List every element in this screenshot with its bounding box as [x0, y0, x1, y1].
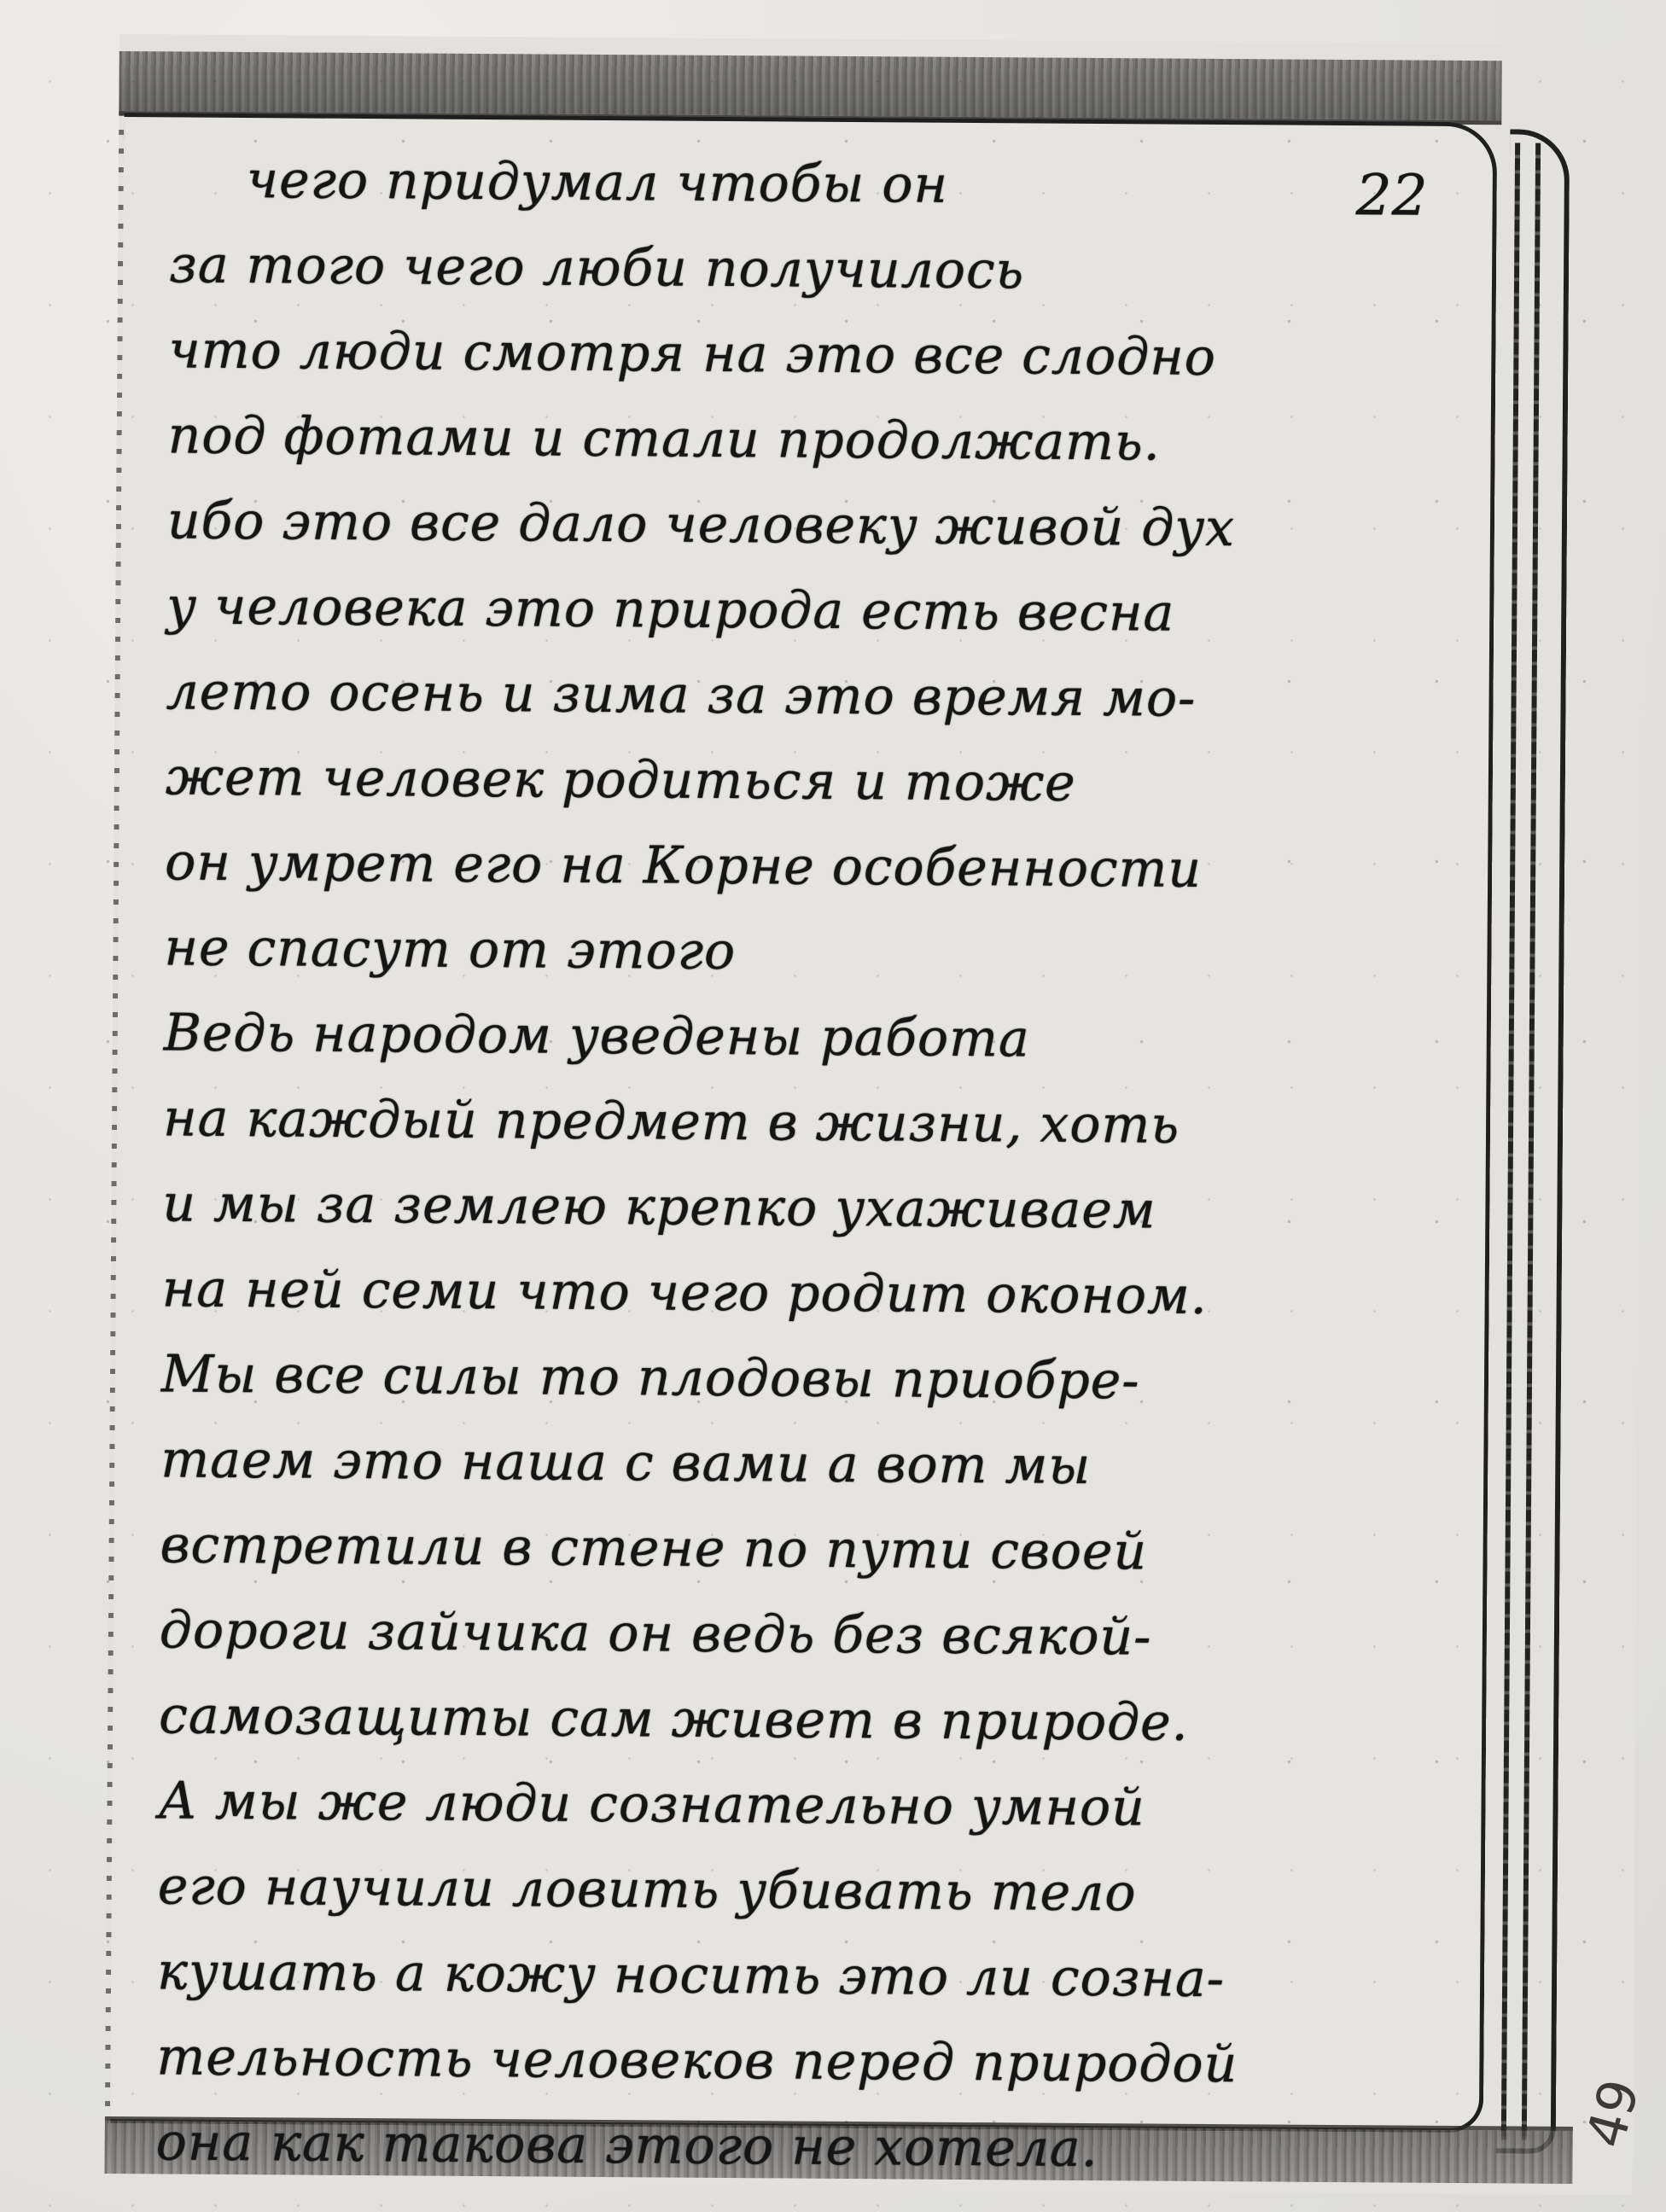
text-line: кушать а кожу носить это ли созна-: [157, 1929, 1455, 2023]
text-line: его научили ловить убивать тело: [158, 1843, 1456, 1938]
text-line: А мы же люди сознательно умной: [158, 1758, 1456, 1853]
text-line: он умрет его на Корне особенности: [165, 819, 1463, 914]
notebook-spine: [1496, 129, 1570, 2153]
text-line: дороги зайчика он ведь без всякой-: [160, 1587, 1458, 1682]
text-line: она как такова этого не хотела.: [155, 2099, 1453, 2194]
text-line: под фотами и стали продолжать.: [167, 393, 1465, 487]
text-line: и мы за землею крепко ухаживаем: [162, 1161, 1460, 1255]
text-line: лето осень и зима за это время мо-: [166, 649, 1464, 743]
text-line: самозащиты сам живет в природе.: [159, 1673, 1457, 1767]
photocopy-sheet: 22 чего придумал чтобы он за того чего л…: [104, 34, 1647, 2195]
text-line: Ведь народом уведены работа: [163, 990, 1461, 1085]
text-line: на ней семи что чего родит оконом.: [161, 1246, 1459, 1341]
text-line: тельность человеков перед природой: [156, 2014, 1454, 2109]
text-line: Мы все силы то плодовы приобре-: [161, 1331, 1459, 1426]
text-line: жет человек родиться и тоже: [166, 734, 1464, 829]
text-line: на каждый предмет в жизни, хоть: [163, 1075, 1461, 1170]
text-line: таем это наша с вами а вот мы: [160, 1417, 1459, 1511]
text-line: не спасут от этого: [164, 905, 1462, 999]
text-line: ибо это все дало человеку живой дух: [167, 478, 1465, 573]
text-line: у человека это природа есть весна: [166, 563, 1465, 658]
text-line: за того чего люби получилось: [169, 222, 1467, 317]
text-line: что люди смотря на это все слодно: [168, 307, 1466, 402]
text-line: встретили в стене по пути своей: [160, 1502, 1458, 1597]
text-line: чего придумал чтобы он: [169, 137, 1467, 231]
handwritten-text: чего придумал чтобы он за того чего люби…: [155, 137, 1467, 2194]
